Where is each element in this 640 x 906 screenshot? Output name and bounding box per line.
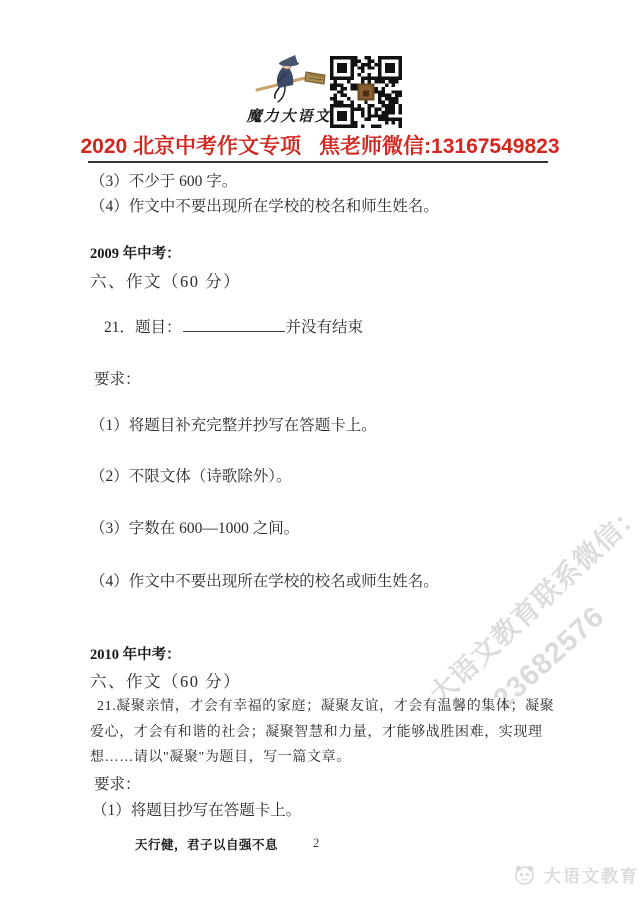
brand-label: 大语文教育 <box>544 862 639 887</box>
footer-motto: 天行健，君子以自强不息 <box>135 835 278 853</box>
year-heading-2009: 2009 年中考： <box>90 242 558 267</box>
document-body: （3）不少于 600 字。 （4）作文中不要出现所在学校的校名和师生姓名。 20… <box>90 169 558 823</box>
panda-logo-icon <box>511 861 538 888</box>
page-title: 2020 北京中考作文专项焦老师微信:13167549823 <box>0 130 640 160</box>
requirement-item: （2）不限文体（诗歌除外）。 <box>90 464 558 489</box>
section-heading: 六、作文（60 分） <box>90 669 558 694</box>
question-21-paragraph: 21.凝聚亲情，才会有幸福的家庭；凝聚友谊，才会有温馨的集体；凝聚爱心，才会有和… <box>90 694 558 771</box>
requirements-label: 要求： <box>90 367 558 392</box>
requirement-item: （3）字数在 600—1000 之间。 <box>90 516 558 541</box>
question-21-title: 21．题目：并没有结束 <box>90 315 558 340</box>
requirement-item: （4）作文中不要出现所在学校的校名或师生姓名。 <box>90 569 558 594</box>
page-number: 2 <box>313 836 319 851</box>
section-heading: 六、作文（60 分） <box>90 269 558 294</box>
header-divider <box>88 161 548 163</box>
requirement-item: （1）将题目抄写在答题卡上。 <box>90 798 558 823</box>
title-course: 2020 北京中考作文专项 <box>80 135 301 158</box>
brand-watermark: 大语文教育 <box>511 861 639 888</box>
witch-on-broom-icon <box>249 54 329 104</box>
brand-header: 魔力大语文 <box>246 54 332 126</box>
requirement-item: （4）作文中不要出现所在学校的校名和师生姓名。 <box>90 194 558 219</box>
requirement-item: （1）将题目补充完整并抄写在答题卡上。 <box>90 413 558 438</box>
wechat-qr-code <box>330 56 402 128</box>
fill-in-blank-line <box>183 316 285 332</box>
question-suffix: 并没有结束 <box>286 319 364 336</box>
brand-caption: 魔力大语文 <box>246 105 332 126</box>
requirement-item: （3）不少于 600 字。 <box>90 169 558 194</box>
requirements-label: 要求： <box>90 772 558 797</box>
year-heading-2010: 2010 年中考： <box>90 643 558 668</box>
document-page: 大语文教育联系微信： 23682576 魔力大语文 2020 北京中考作文专项焦… <box>0 0 640 906</box>
question-prefix: 21．题目： <box>104 319 182 336</box>
title-contact: 焦老师微信:13167549823 <box>319 135 559 158</box>
